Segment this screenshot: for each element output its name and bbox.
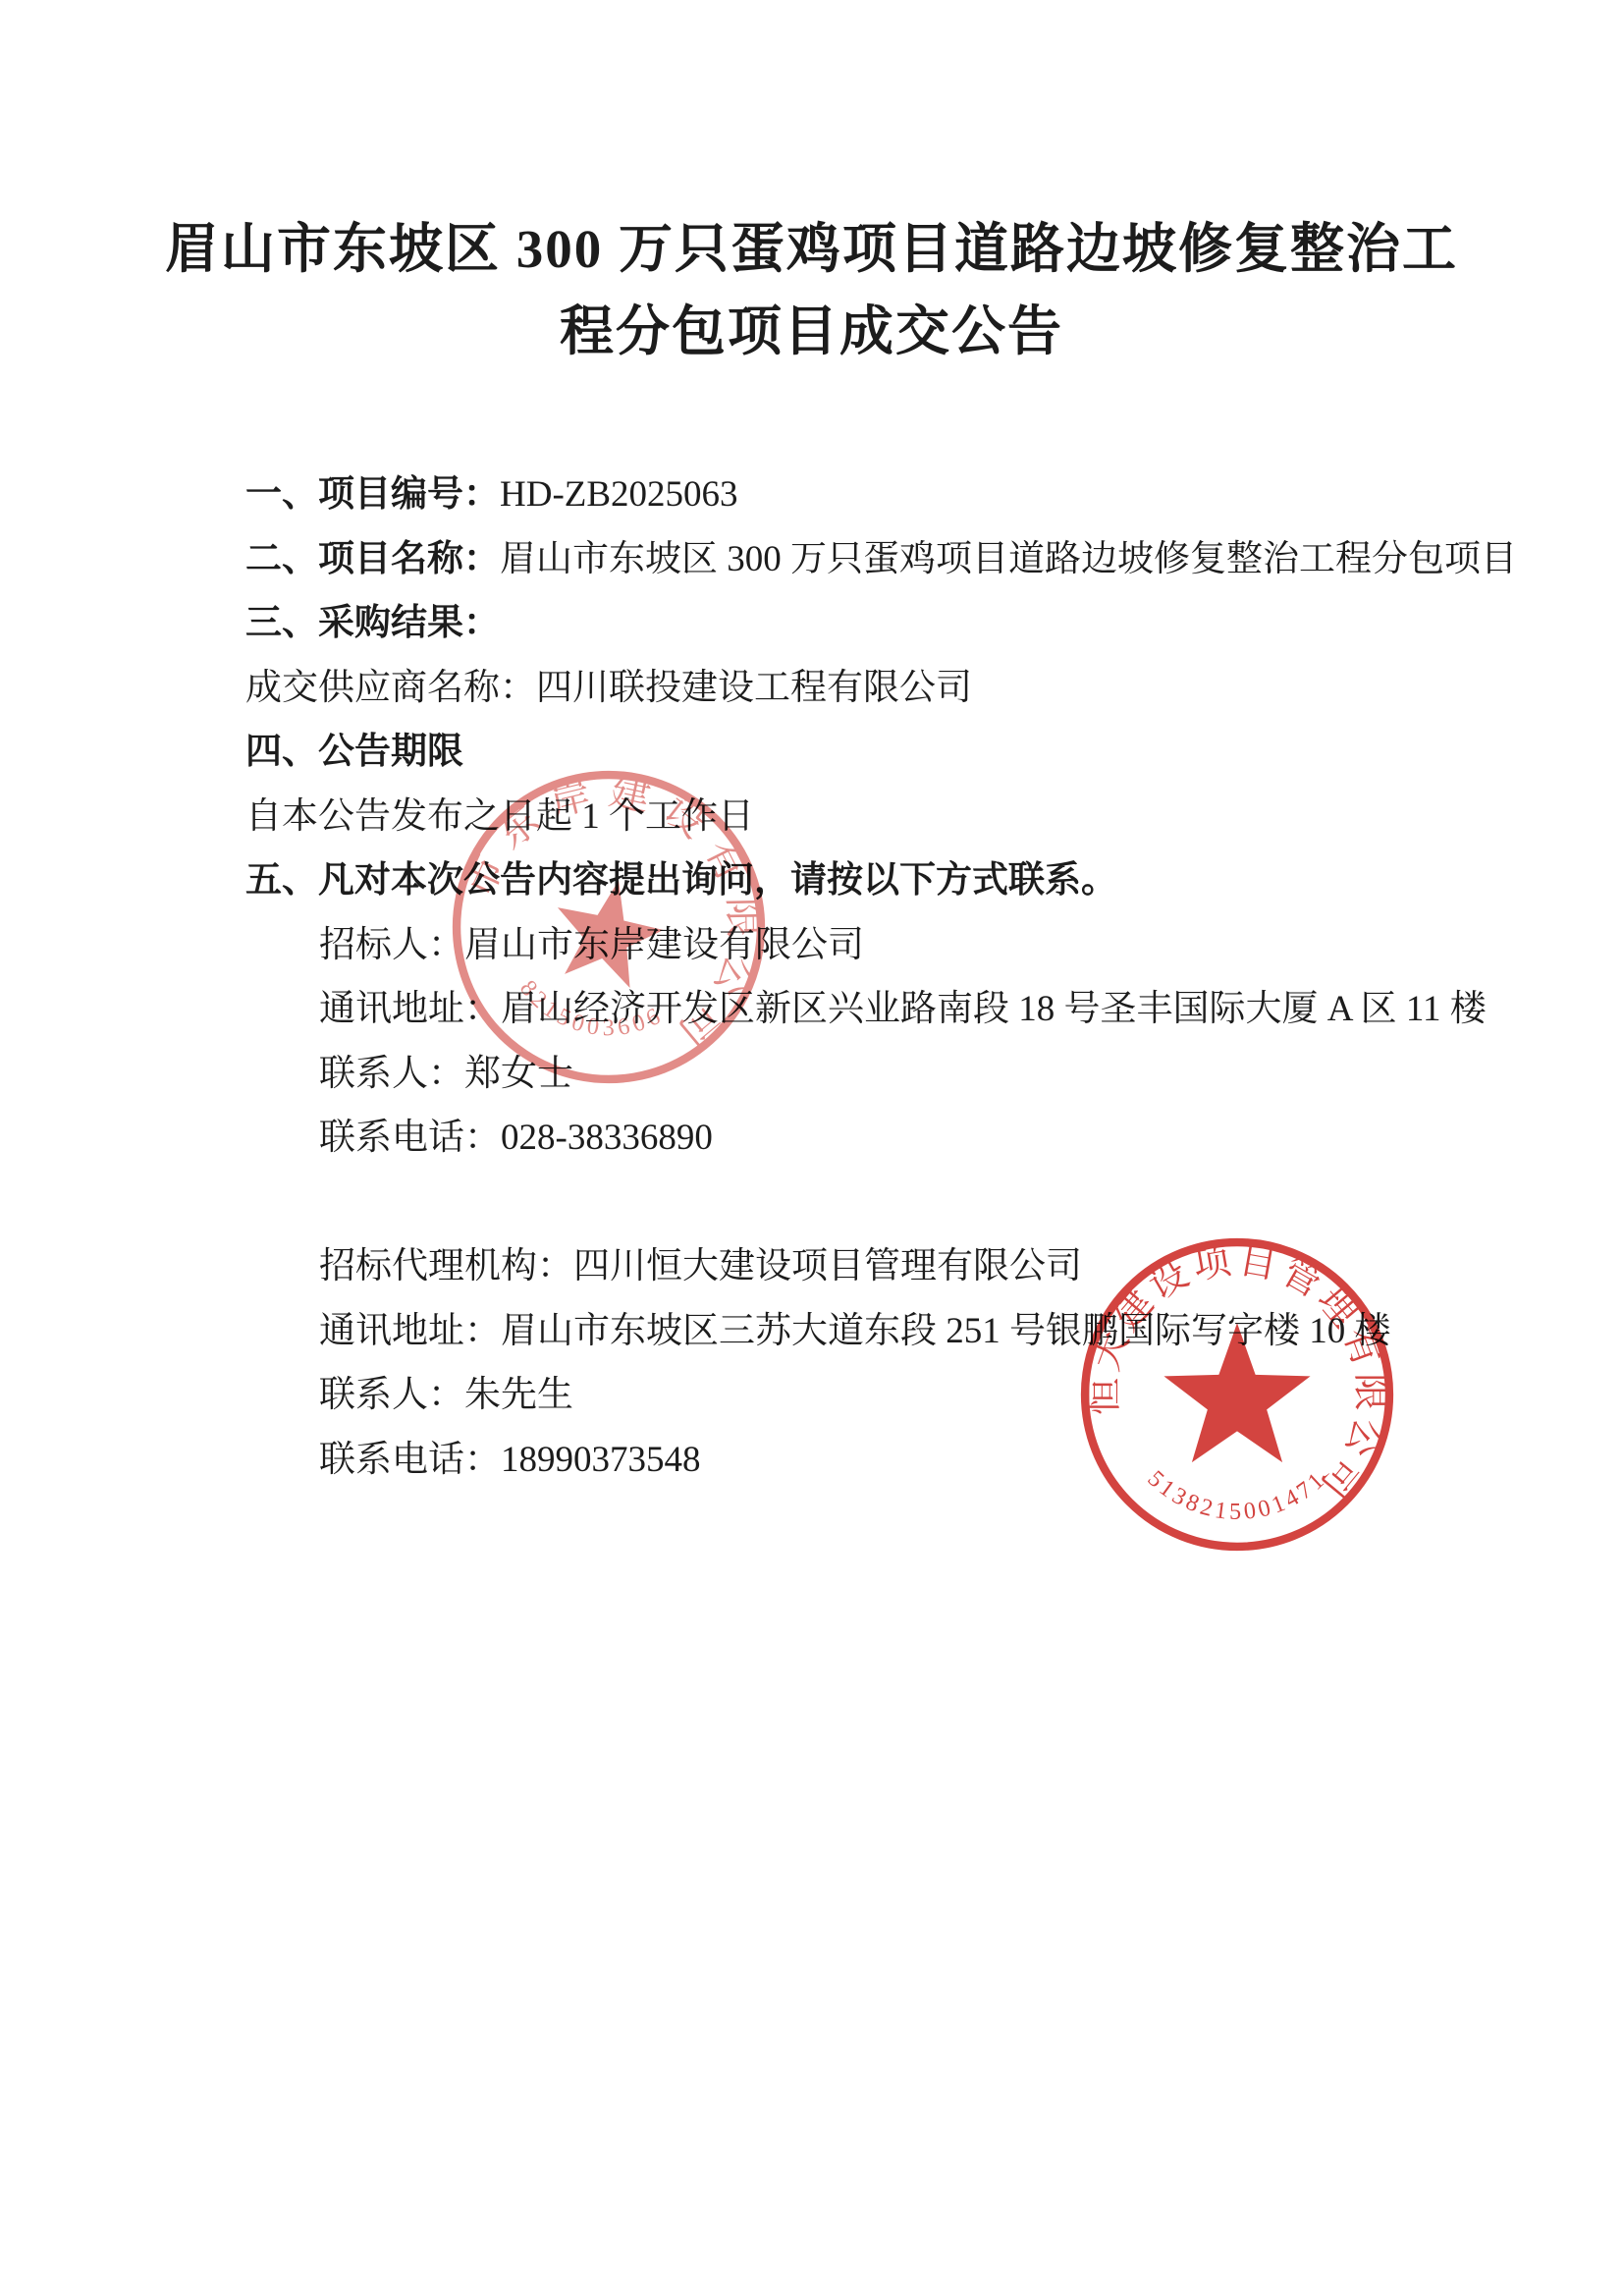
page-title: 眉山市东坡区 300 万只蛋鸡项目道路边坡修复整治工 程分包项目成交公告 (0, 208, 1623, 373)
project-number-value: HD-ZB2025063 (500, 474, 738, 515)
agency-contact-person-value: 联系人：朱先生 (319, 1375, 573, 1415)
document-body: 一、项目编号：HD-ZB2025063 二、项目名称：眉山市东坡区 300 万只… (0, 463, 1623, 1492)
title-line-1: 眉山市东坡区 300 万只蛋鸡项目道路边坡修复整治工 (0, 208, 1623, 291)
project-name-value: 眉山市东坡区 300 万只蛋鸡项目道路边坡修复整治工程分包项目 (500, 539, 1517, 579)
line-agency-address: 通讯地址：眉山市东坡区三苏大道东段 251 号银鹏国际写字楼 10 楼 (319, 1299, 1623, 1364)
agency-phone-value: 联系电话：18990373548 (319, 1440, 701, 1480)
agency-address-value: 通讯地址：眉山市东坡区三苏大道东段 251 号银鹏国际写字楼 10 楼 (319, 1311, 1391, 1351)
document-page: 眉山市东坡区 300 万只蛋鸡项目道路边坡修复整治工 程分包项目成交公告 一、项… (0, 0, 1623, 2296)
announcement-period-label: 四、公告期限 (245, 732, 463, 772)
project-name-label: 二、项目名称： (245, 539, 500, 579)
project-number-label: 一、项目编号： (245, 474, 500, 515)
tenderer-phone-value: 联系电话：028-38336890 (319, 1118, 713, 1158)
line-agency: 招标代理机构：四川恒大建设项目管理有限公司 (319, 1234, 1623, 1299)
line-tenderer-address: 通讯地址：眉山经济开发区新区兴业路南段 18 号圣丰国际大厦 A 区 11 楼 (319, 977, 1623, 1042)
line-agency-phone: 联系电话：18990373548 (319, 1428, 1623, 1493)
line-announcement-period-heading: 四、公告期限 (245, 720, 1623, 785)
tenderer-contact-person-value: 联系人：郑女士 (319, 1054, 573, 1094)
line-announcement-period: 自本公告发布之日起 1 个工作日 (245, 785, 1623, 849)
agency-value: 招标代理机构：四川恒大建设项目管理有限公司 (319, 1246, 1082, 1286)
winning-supplier-value: 成交供应商名称：四川联投建设工程有限公司 (245, 668, 972, 708)
inquiry-contact-label: 五、凡对本次公告内容提出询问，请按以下方式联系。 (245, 860, 1117, 901)
line-tenderer: 招标人：眉山市东岸建设有限公司 (319, 913, 1623, 978)
line-inquiry-contact-heading: 五、凡对本次公告内容提出询问，请按以下方式联系。 (245, 848, 1623, 913)
line-project-number: 一、项目编号：HD-ZB2025063 (245, 463, 1623, 527)
line-project-name: 二、项目名称：眉山市东坡区 300 万只蛋鸡项目道路边坡修复整治工程分包项目 (245, 527, 1623, 592)
procurement-result-label: 三、采购结果： (245, 603, 500, 643)
tenderer-address-value: 通讯地址：眉山经济开发区新区兴业路南段 18 号圣丰国际大厦 A 区 11 楼 (319, 989, 1487, 1029)
announcement-period-value: 自本公告发布之日起 1 个工作日 (245, 796, 754, 837)
line-tenderer-contact-person: 联系人：郑女士 (319, 1042, 1623, 1107)
line-agency-contact-person: 联系人：朱先生 (319, 1363, 1623, 1428)
line-procurement-result-heading: 三、采购结果： (245, 591, 1623, 656)
line-winning-supplier: 成交供应商名称：四川联投建设工程有限公司 (245, 656, 1623, 721)
line-tenderer-phone: 联系电话：028-38336890 (319, 1106, 1623, 1171)
blank-line (245, 1171, 1623, 1235)
title-line-2: 程分包项目成交公告 (0, 291, 1623, 373)
tenderer-value: 招标人：眉山市东岸建设有限公司 (319, 925, 864, 965)
